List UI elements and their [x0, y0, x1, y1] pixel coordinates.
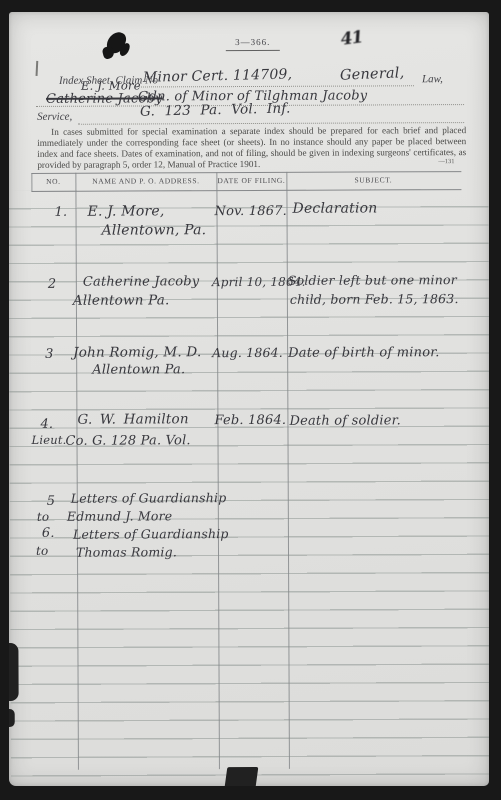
row-3-name-line2: Allentown Pa. [92, 362, 185, 377]
row-4-number-sub: Lieut. [31, 433, 66, 447]
row-1-name-line2: Allentown, Pa. [102, 222, 207, 238]
row-6-name-line1: Letters of Guardianship [73, 526, 229, 542]
column-header-name: NAME AND P. O. ADDRESS. [75, 176, 216, 186]
row-2-number: 2 [48, 277, 57, 292]
row-6-number-sub: to [36, 544, 49, 558]
table-header-bottom-rule [31, 189, 461, 192]
row-4-date: Feb. 1864. [214, 413, 286, 428]
page-content: 3—366. 41 Index Sheet, Claim No Minor Ce… [9, 12, 489, 786]
form-number: 3—366. [203, 32, 303, 51]
column-divider-no-name [75, 173, 79, 770]
instructions-ref: —131 [438, 158, 454, 165]
column-divider-name-date [216, 172, 220, 769]
row-5-number: 5 [47, 494, 56, 509]
row-2-subject-line2: child, born Feb. 15, 1863. [290, 291, 459, 307]
row-6-name-line2: Thomas Romig. [76, 544, 177, 559]
instructions-paragraph: In cases submitted for special examinati… [37, 125, 466, 171]
row-1-number: 1. [54, 205, 67, 220]
row-1-subject-line1: Declaration [292, 200, 377, 216]
row-2-subject-line1: Soldier left but one minor [288, 272, 457, 288]
row-2-name-line1: Catherine Jacoby [83, 274, 200, 290]
row-5-name-line1: Letters of Guardianship [71, 490, 227, 506]
penciled-number-text: 41 [340, 27, 364, 50]
table-header-top-rule [31, 171, 461, 174]
row-5-name-line2: Edmund J. More [67, 508, 173, 523]
scan-edge-bump-small [9, 709, 15, 727]
row-3-name-line1: John Romig, M. D. [73, 344, 201, 361]
document-page: 3—366. 41 Index Sheet, Claim No Minor Ce… [9, 12, 489, 786]
row-3-date: Aug. 1864. [212, 345, 283, 360]
row-3-subject-line1: Date of birth of minor. [288, 345, 439, 361]
row-3-number: 3 [45, 347, 54, 362]
scan-edge-bump [9, 643, 19, 701]
claim-no-value: Minor Cert. 114709, [143, 67, 293, 86]
law-label: Law, [422, 73, 443, 85]
service-rule [78, 121, 464, 125]
column-header-date: DATE OF FILING. [216, 176, 286, 185]
form-number-text: 3—366. [226, 37, 279, 51]
law-class-value: General, [340, 65, 405, 84]
service-label: Service, [37, 111, 72, 123]
instructions-text: In cases submitted for special examinati… [37, 125, 466, 170]
column-header-no: NO. [31, 177, 75, 186]
scanned-index-sheet: { "document": { "form_number": "3—366.",… [0, 0, 501, 800]
row-4-name-line1: G. W. Hamilton [77, 411, 188, 427]
column-header-subject: SUBJECT. [286, 175, 460, 185]
row-1-date: Nov. 1867. [214, 204, 287, 219]
row-4-subject-line1: Death of soldier. [289, 413, 401, 428]
row-4-number: 4. [40, 417, 53, 432]
column-divider-date-subject [286, 172, 290, 769]
penciled-number: 41 [340, 27, 364, 50]
row-4-name-line2: Co. G. 128 Pa. Vol. [65, 433, 190, 449]
service-value: G. 123 Pa. Vol. Inf. [140, 101, 291, 120]
scan-edge-notch [225, 767, 259, 786]
stray-pen-stroke [36, 61, 39, 76]
row-2-name-line2: Allentown Pa. [73, 292, 170, 308]
row-5-number-sub: to [37, 510, 50, 524]
row-6-number: 6. [42, 526, 55, 541]
row-1-name-line1: E. J. More, [87, 203, 164, 219]
